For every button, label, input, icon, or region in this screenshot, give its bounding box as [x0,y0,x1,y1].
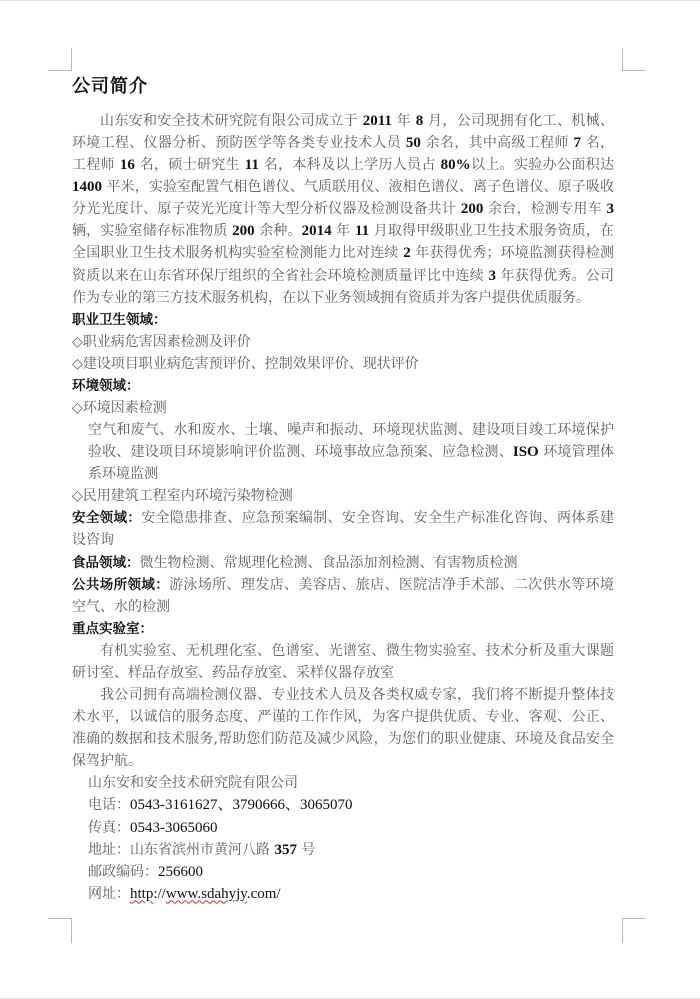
intro-line: 山东安和安全技术研究院有限公司成立于 2011 年 8 月，公司现拥有化工、机械… [72,110,614,132]
postcode-value: 256600 [158,864,203,880]
section-safety: 安全领域：安全隐患排查、应急预案编制、安全咨询、安全生产标准化咨询、两体系建 设… [72,507,614,551]
intro-line: 1400 平米，实验室配置气相色谱仪、气质联用仪、液相色谱仪、离子色谱仪、原子吸… [72,176,614,198]
intro-line: 分光光度计、原子荧光光度计等大型分析仪器及检测设备共计 200 余台，检测专用车… [72,198,614,220]
list-item: ◇职业病危害因素检测及评价 [72,331,614,353]
company-name: 山东安和安全技术研究院有限公司 [72,772,614,794]
section-line: 公共场所领域：游泳场所、理发店、美容店、旅店、医院洁净手术部、二次供水等环境 [72,574,614,596]
section-line: 设咨询 [72,529,614,551]
section-text: 游泳场所、理发店、美容店、旅店、医院洁净手术部、二次供水等环境 [169,577,614,593]
section-text: 安全隐患排查、应急预案编制、安全咨询、安全生产标准化咨询、两体系建 [141,510,614,526]
url-segment: http [130,886,153,902]
intro-line: 辆，实验室储存标准物质 200 余种。2014 年 11 月取得甲级职业卫生技术… [72,220,614,242]
crop-mark-top-right [622,48,646,71]
list-item-detail: 系环境监测 [72,463,614,485]
url-segment: www.sdahyjy [166,886,247,902]
list-item-detail: 验收、建设项目环境影响评价监测、环境事故应急预案、应急检测、ISO 环境管理体 [72,441,614,463]
phone-label: 电话： [88,797,130,813]
paragraph-line: 准确的数据和技术服务,帮助您们防范及减少风险，为您们的职业健康、环境及食品安全 [72,728,614,750]
section-environment: 环境领域： ◇环境因素检测 空气和废气、水和废水、土壤、噪声和振动、环境现状监测… [72,375,614,507]
section-heading: 安全领域： [72,510,141,526]
page-title: 公司简介 [72,72,148,98]
address-value: 山东省滨州市黄河八路 357 号 [130,842,315,858]
postcode-label: 邮政编码： [88,864,158,880]
list-item-detail: 空气和废气、水和废水、土壤、噪声和振动、环境现状监测、建设项目竣工环境保护 [72,419,614,441]
section-heading: 环境领域： [72,375,614,397]
document-body: 山东安和安全技术研究院有限公司成立于 2011 年 8 月，公司现拥有化工、机械… [72,110,614,905]
paragraph-line: 有机实验室、无机理化室、色谱室、光谱室、微生物实验室、技术分析及重大课题 [72,640,614,662]
section-line: 空气、水的检测 [72,596,614,618]
website-link[interactable]: http://www.sdahyjy.com/ [130,886,281,902]
paragraph-line: 术水平，以诚信的服务态度、严谨的工作作风，为客户提供优质、专业、客观、公正、 [72,706,614,728]
contact-website: 网址：http://www.sdahyjy.com/ [72,883,614,905]
section-line: 食品领域：微生物检测、常规理化检测、食品添加剂检测、有害物质检测 [72,552,614,574]
fax-value: 0543-3065060 [130,820,218,836]
section-heading: 食品领域： [72,555,140,571]
website-label: 网址： [88,886,130,902]
page-edge-top [0,0,700,1]
intro-line: 全国职业卫生技术服务机构实验室检测能力比对连续 2 年获得优秀；环境监测获得检测 [72,242,614,264]
list-item: ◇建设项目职业病危害预评价、控制效果评价、现状评价 [72,353,614,375]
contact-phone: 电话：0543-3161627、3790666、3065070 [72,794,614,816]
list-item: ◇环境因素检测 [72,397,614,419]
section-food: 食品领域：微生物检测、常规理化检测、食品添加剂检测、有害物质检测 [72,552,614,574]
fax-label: 传真： [88,820,130,836]
intro-line: 环境工程、仪器分析、预防医学等各类专业技术人员 50 余名，其中高级工程师 7 … [72,132,614,154]
section-public-places: 公共场所领域：游泳场所、理发店、美容店、旅店、医院洁净手术部、二次供水等环境 空… [72,574,614,618]
crop-mark-top-left [48,48,72,71]
list-item: ◇民用建筑工程室内环境污染物检测 [72,485,614,507]
address-label: 地址： [88,842,130,858]
contact-fax: 传真：0543-3065060 [72,817,614,839]
crop-mark-bottom-left [48,918,72,943]
paragraph-line: 研讨室、样品存放室、药品存放室、采样仪器存放室 [72,662,614,684]
contact-postcode: 邮政编码：256600 [72,861,614,883]
intro-paragraph: 山东安和安全技术研究院有限公司成立于 2011 年 8 月，公司现拥有化工、机械… [72,110,614,309]
paragraph-line: 保驾护航。 [72,750,614,772]
intro-line: 资质以来在山东省环保厅组织的全省社会环境检测质量评比中连续 3 年获得优秀。公司 [72,265,614,287]
section-heading: 重点实验室： [72,618,614,640]
section-occupational-health: 职业卫生领域： ◇职业病危害因素检测及评价 ◇建设项目职业病危害预评价、控制效果… [72,309,614,375]
crop-mark-bottom-right [622,918,646,943]
intro-line: 作为专业的第三方技术服务机构，在以下业务领域拥有资质并为客户提供优质服务。 [72,287,614,309]
phone-value: 0543-3161627、3790666、3065070 [130,797,353,813]
url-segment: :// [153,886,166,902]
section-heading: 公共场所领域： [72,577,169,593]
section-key-labs: 重点实验室： 有机实验室、无机理化室、色谱室、光谱室、微生物实验室、技术分析及重… [72,618,614,773]
section-line: 安全领域：安全隐患排查、应急预案编制、安全咨询、安全生产标准化咨询、两体系建 [72,507,614,529]
section-text: 微生物检测、常规理化检测、食品添加剂检测、有害物质检测 [140,555,518,571]
url-segment: .com/ [247,886,281,902]
paragraph-line: 我公司拥有高端检测仪器、专业技术人员及各类权威专家，我们将不断提升整体技 [72,684,614,706]
contact-block: 山东安和安全技术研究院有限公司 电话：0543-3161627、3790666、… [72,772,614,904]
contact-address: 地址：山东省滨州市黄河八路 357 号 [72,839,614,861]
section-heading: 职业卫生领域： [72,309,614,331]
intro-line: 工程师 16 名，硕士研究生 11 名，本科及以上学历人员占 80%以上。实验办… [72,154,614,176]
